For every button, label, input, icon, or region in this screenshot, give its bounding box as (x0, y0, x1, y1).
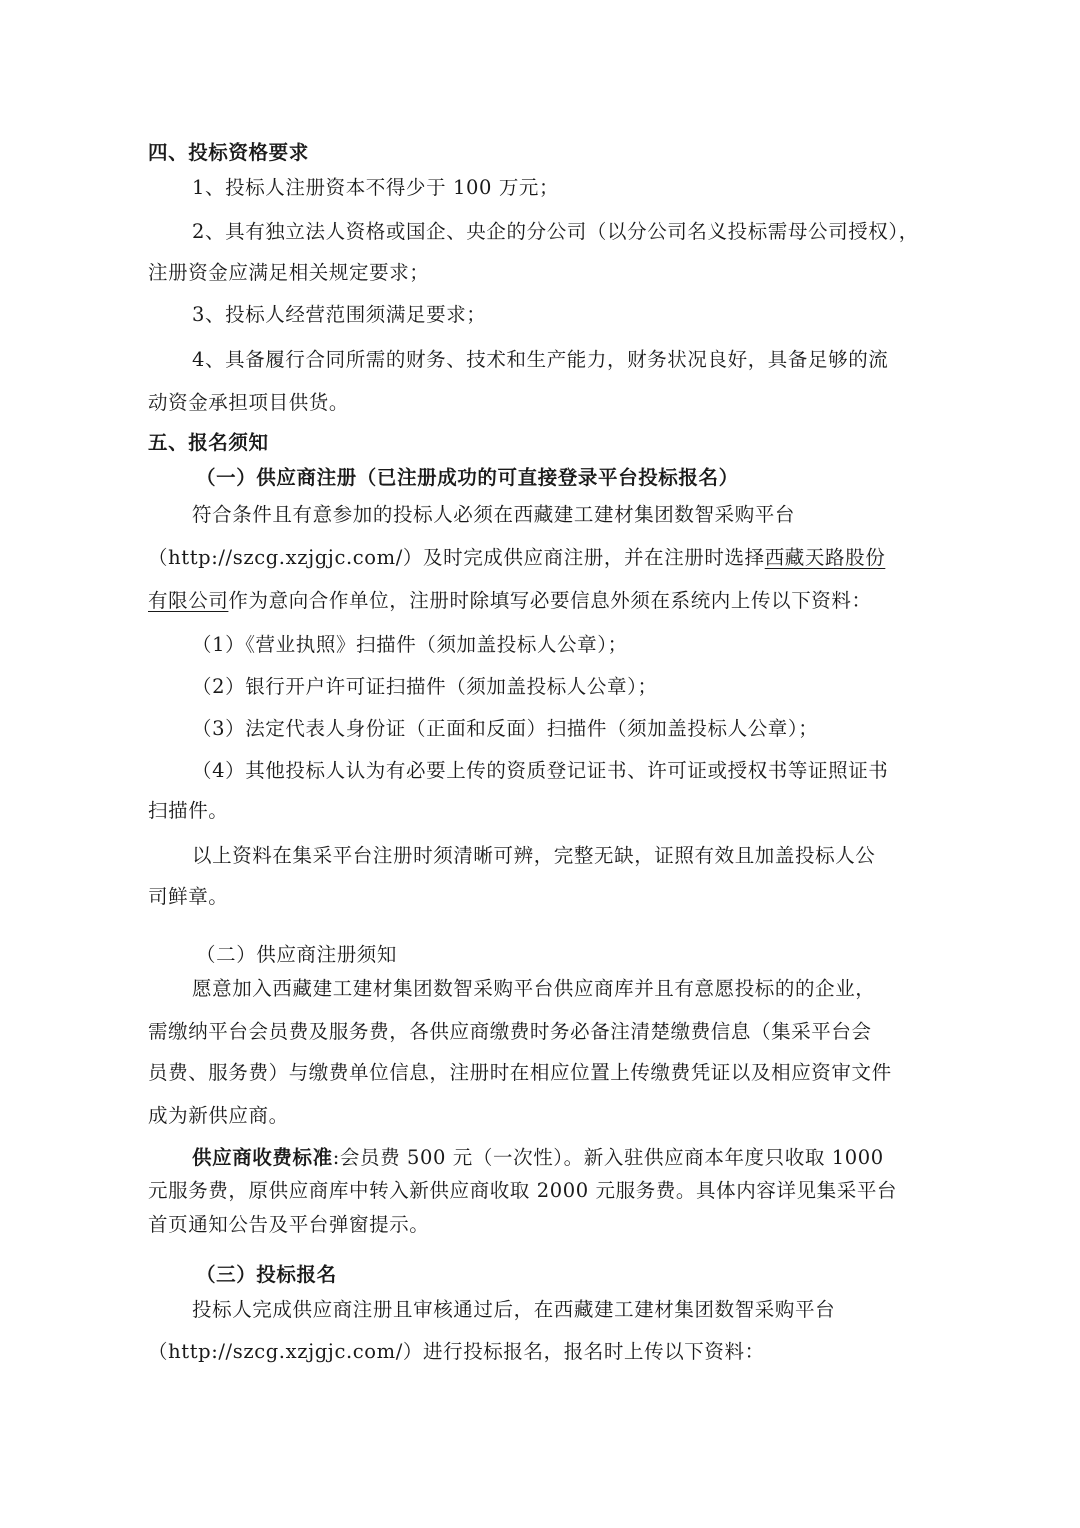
supplier-notice-line4: 成为新供应商。 (148, 1103, 289, 1129)
document-page: 四、投标资格要求 1、投标人注册资本不得少于 100 万元； 2、具有独立法人资… (0, 0, 1080, 1528)
subsection-1-heading: （一）供应商注册（已注册成功的可直接登录平台投标报名） (196, 465, 739, 491)
subsection-3-heading: （三）投标报名 (196, 1262, 337, 1288)
supplier-notice-line2: 需缴纳平台会员费及服务费，各供应商缴费时务必备注清楚缴费信息（集采平台会 (148, 1019, 872, 1045)
company-name-underlined: 西藏天路股份 (765, 546, 886, 569)
material-1: （1）《营业执照》扫描件（须加盖投标人公章）； (192, 632, 628, 658)
registration-para-line2-text: （http://szcg.xzjgjc.com/）及时完成供应商注册，并在注册时… (148, 546, 765, 569)
fee-standard-label: 供应商收费标准 (192, 1146, 333, 1169)
requirement-4-cont: 动资金承担项目供货。 (148, 390, 349, 416)
material-4: （4）其他投标人认为有必要上传的资质登记证书、许可证或授权书等证照证书 (192, 758, 888, 784)
requirement-2-cont: 注册资金应满足相关规定要求； (148, 260, 429, 286)
subsection-2-heading: （二）供应商注册须知 (196, 942, 397, 968)
registration-para-line2: （http://szcg.xzjgjc.com/）及时完成供应商注册，并在注册时… (148, 545, 885, 571)
bid-registration-line2: （http://szcg.xzjgjc.com/）进行投标报名，报名时上传以下资… (148, 1339, 765, 1365)
requirement-3: 3、投标人经营范围须满足要求； (192, 302, 486, 328)
section-5-heading: 五、报名须知 (148, 430, 269, 456)
supplier-notice-line3: 员费、服务费）与缴费单位信息，注册时在相应位置上传缴费凭证以及相应资审文件 (148, 1060, 892, 1086)
bid-registration-line1: 投标人完成供应商注册且审核通过后，在西藏建工建材集团数智采购平台 (192, 1297, 835, 1323)
materials-note-line1: 以上资料在集采平台注册时须清晰可辨，完整无缺，证照有效且加盖投标人公 (192, 843, 875, 869)
supplier-notice-line1: 愿意加入西藏建工建材集团数智采购平台供应商库并且有意愿投标的的企业， (192, 976, 875, 1002)
material-2: （2）银行开户许可证扫描件（须加盖投标人公章）； (192, 674, 658, 700)
registration-para-line1: 符合条件且有意参加的投标人必须在西藏建工建材集团数智采购平台 (192, 502, 795, 528)
registration-para-line3-text: 作为意向合作单位，注册时除填写必要信息外须在系统内上传以下资料： (228, 589, 871, 612)
requirement-2: 2、具有独立法人资格或国企、央企的分公司（以分公司名义投标需母公司授权）， (192, 219, 919, 245)
fee-standard-line3: 首页通知公告及平台弹窗提示。 (148, 1212, 429, 1238)
fee-standard-text: :会员费 500 元（一次性）。新入驻供应商本年度只收取 1000 (333, 1146, 884, 1169)
requirement-1: 1、投标人注册资本不得少于 100 万元； (192, 175, 559, 201)
company-name-underlined-cont: 有限公司 (148, 589, 228, 612)
material-4-cont: 扫描件。 (148, 798, 228, 824)
requirement-4: 4、具备履行合同所需的财务、技术和生产能力，财务状况良好，具备足够的流 (192, 347, 888, 373)
fee-standard-line2: 元服务费，原供应商库中转入新供应商收取 2000 元服务费。具体内容详见集采平台 (148, 1178, 897, 1204)
materials-note-line2: 司鲜章。 (148, 884, 228, 910)
material-3: （3）法定代表人身份证（正面和反面）扫描件（须加盖投标人公章）； (192, 716, 818, 742)
section-4-heading: 四、投标资格要求 (148, 140, 309, 166)
fee-standard-line1: 供应商收费标准:会员费 500 元（一次性）。新入驻供应商本年度只收取 1000 (192, 1145, 884, 1171)
registration-para-line3: 有限公司作为意向合作单位，注册时除填写必要信息外须在系统内上传以下资料： (148, 588, 872, 614)
